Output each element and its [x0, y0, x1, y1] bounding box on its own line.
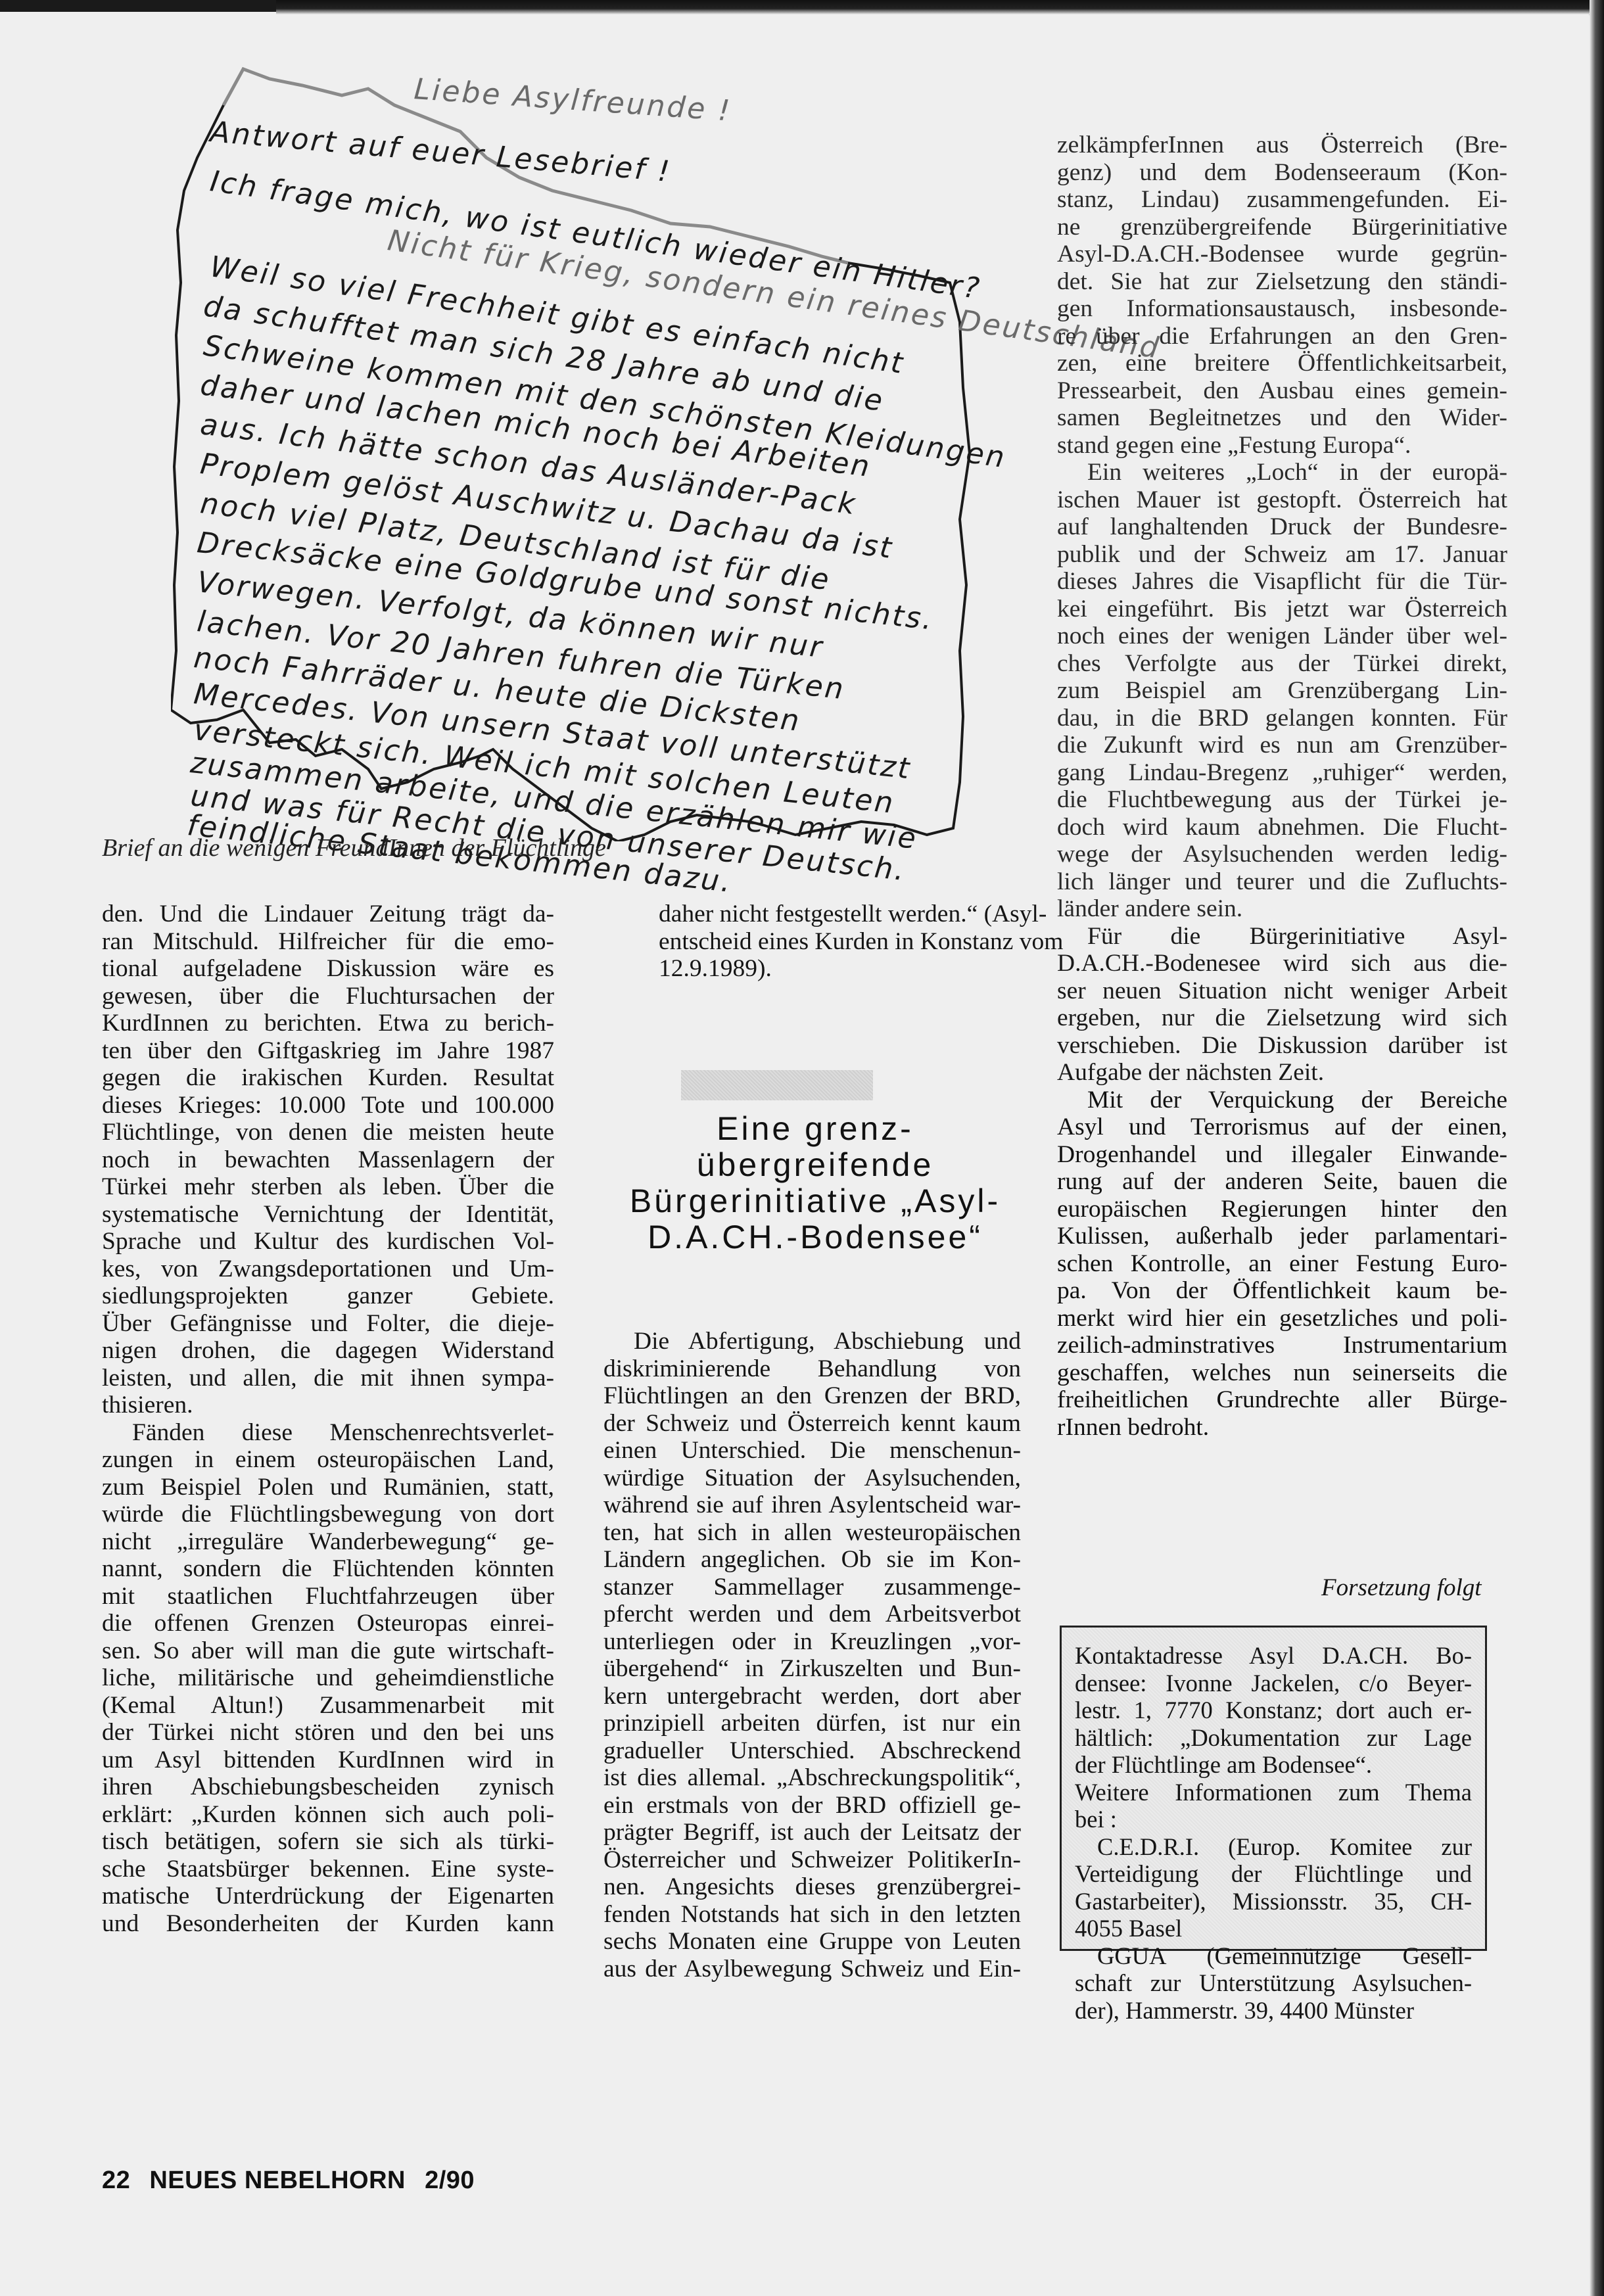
- text-line: würdige Situation der Asylsuchenden,: [603, 1464, 1021, 1492]
- letter-caption: Brief an die wenigen FreundInnen der Flü…: [102, 833, 606, 862]
- text-line: Sprache und Kultur des kurdischen Vol-: [102, 1228, 554, 1255]
- headline-line: D.A.CH.-Bodensee“: [578, 1219, 1052, 1255]
- article-column-left: den. Und die Lindauer Zeitung trägt da- …: [102, 901, 554, 1937]
- text-line: einen Unterschied. Die menschenun-: [603, 1437, 1021, 1464]
- headline-line: Eine grenz-: [578, 1111, 1052, 1147]
- contact-entry-line: Verteidigung der Flüchtlinge und: [1075, 1860, 1472, 1888]
- contact-entry-line: Gastarbeiter), Missionsstr. 35, CH-: [1075, 1888, 1472, 1915]
- paragraph: den. Und die Lindauer Zeitung trägt da- …: [102, 901, 554, 1419]
- text-line: schen Kontrolle, an einer Festung Euro-: [1057, 1250, 1507, 1278]
- text-line: dau, in die BRD gelangen konnten. Für: [1057, 705, 1507, 732]
- text-line: Flüchtlinge, von denen die meisten heute: [102, 1119, 554, 1146]
- paragraph: Ein weiteres „Loch“ in der europä- ische…: [1057, 459, 1507, 923]
- headline-line: übergreifende: [578, 1147, 1052, 1183]
- text-line: stanzer Sammellager zusammenge-: [603, 1574, 1021, 1601]
- paragraph: Fänden diese Menschenrechtsverlet- zunge…: [102, 1419, 554, 1938]
- text-line: Für die Bürgerinitiative Asyl-: [1057, 923, 1507, 950]
- text-line: (Kemal Altun!) Zusammenarbeit mit: [102, 1692, 554, 1720]
- text-line: Türkei mehr sterben als leben. Über die: [102, 1173, 554, 1201]
- text-line: Weitere Informationen zum Thema: [1075, 1779, 1472, 1806]
- text-line: noch in bewachten Massenlagern der: [102, 1146, 554, 1174]
- text-line: Asyl und Terrorismus auf der einen,: [1057, 1113, 1507, 1141]
- text-line: pa. Von der Öffentlichkeit kaum be-: [1057, 1277, 1507, 1305]
- section-headline: Eine grenz- übergreifende Bürgerinitiati…: [578, 1111, 1052, 1255]
- text-line: europäischen Regierungen hinter den: [1057, 1196, 1507, 1223]
- paragraph: zelkämpferInnen aus Österreich (Bre- gen…: [1057, 131, 1507, 459]
- text-line: ihren Abschiebungsbescheiden zynisch: [102, 1773, 554, 1801]
- text-line: nicht „irreguläre Wanderbewegung“ ge-: [102, 1528, 554, 1556]
- text-line: Fänden diese Menschenrechtsverlet-: [102, 1419, 554, 1447]
- text-line: kes, von Zwangsdeportationen und Um-: [102, 1255, 554, 1283]
- text-line: dieses Krieges: 10.000 Tote und 100.000: [102, 1092, 554, 1119]
- text-line: unterliegen oder in Kreuzlingen „vor-: [603, 1628, 1021, 1656]
- text-line: sen. So aber will man die gute wirtschaf…: [102, 1637, 554, 1665]
- text-line: während sie auf ihren Asylentscheid war-: [603, 1491, 1021, 1519]
- text-line: merkt wird hier ein gesetzliches und pol…: [1057, 1305, 1507, 1332]
- text-line: Asyl-D.A.CH.-Bodensee wurde gegrün-: [1057, 241, 1507, 268]
- text-line: um Asyl bittenden KurdInnen wird in: [102, 1746, 554, 1774]
- text-line: lestr. 1, 7770 Konstanz; dort auch er-: [1075, 1697, 1472, 1724]
- continuation-note: Forsetzung folgt: [1321, 1574, 1482, 1602]
- text-line: matische Unterdrückung der Eigenarten: [102, 1883, 554, 1910]
- text-line: ne grenzübergreifende Bürgerinitiative: [1057, 214, 1507, 241]
- text-line: länder andere sein.: [1057, 895, 1507, 923]
- text-line: re über die Erfahrungen an den Gren-: [1057, 323, 1507, 350]
- text-line: stand gegen eine „Festung Europa“.: [1057, 432, 1507, 459]
- text-line: mit staatlichen Fluchtfahrzeugen über: [102, 1583, 554, 1610]
- text-line: sche Staatsbürger bekennen. Eine syste-: [102, 1856, 554, 1883]
- text-line: ten, hat sich in allen westeuropäischen: [603, 1519, 1021, 1547]
- contact-entry-line: der), Hammerstr. 39, 4400 Münster: [1075, 1997, 1472, 2025]
- text-line: diskriminierende Behandlung von: [603, 1355, 1021, 1383]
- text-line: fenden Notstands hat sich in den letzten: [603, 1901, 1021, 1929]
- text-line: kei eingeführt. Bis jetzt war Österreich: [1057, 596, 1507, 623]
- headline-line: Bürgerinitiative „Asyl-: [578, 1183, 1052, 1219]
- text-line: der Schweiz und Österreich kennt kaum: [603, 1410, 1021, 1438]
- text-line: daher nicht festgestellt werden.“ (Asyl-: [659, 901, 1020, 928]
- text-line: dieses Jahres die Visapflicht für die Tü…: [1057, 568, 1507, 596]
- text-line: aus der Asylbewegung Schweiz und Ein-: [603, 1956, 1021, 1983]
- text-line: Mit der Verquickung der Bereiche: [1057, 1087, 1507, 1114]
- contact-entry-line: 4055 Basel: [1075, 1915, 1472, 1942]
- text-line: verschieben. Die Diskussion darüber ist: [1057, 1032, 1507, 1060]
- scan-right-edge: [1590, 0, 1604, 2296]
- text-line: kern untergebracht werden, dort aber: [603, 1683, 1021, 1710]
- contact-entry-line: GGUA (Gemeinnützige Gesell-: [1075, 1942, 1472, 1970]
- text-line: wege der Asylsuchenden werden ledig-: [1057, 841, 1507, 868]
- text-line: ran Mitschuld. Hilfreicher für die emo-: [102, 928, 554, 956]
- text-line: Österreicher und Schweizer PolitikerIn-: [603, 1846, 1021, 1874]
- text-line: nigen drohen, die dagegen Widerstand: [102, 1337, 554, 1365]
- text-line: densee: Ivonne Jackelen, c/o Beyer-: [1075, 1670, 1472, 1697]
- page-footer: 22 NEUES NEBELHORN 2/90: [102, 2167, 486, 2195]
- text-line: publik und der Schweiz am 17. Januar: [1057, 541, 1507, 569]
- text-line: thisieren.: [102, 1392, 554, 1419]
- text-line: Über Gefängnisse und Folter, die dieje-: [102, 1310, 554, 1338]
- text-line: ten über den Giftgaskrieg im Jahre 1987: [102, 1037, 554, 1065]
- text-line: Kulissen, außerhalb jeder parlamentari-: [1057, 1223, 1507, 1250]
- text-line: zelkämpferInnen aus Österreich (Bre-: [1057, 131, 1507, 159]
- paragraph: Mit der Verquickung der Bereiche Asyl un…: [1057, 1087, 1507, 1441]
- text-line: würde die Flüchtlingsbewegung von dort: [102, 1501, 554, 1528]
- text-line: zum Beispiel Polen und Rumänien, statt,: [102, 1474, 554, 1501]
- text-line: Ländern angeglichen. Ob sie im Kon-: [603, 1546, 1021, 1574]
- text-line: zen, eine breitere Öffentlichkeitsarbeit…: [1057, 350, 1507, 377]
- text-line: Kontaktadresse Asyl D.A.CH. Bo-: [1075, 1642, 1472, 1670]
- text-line: KurdInnen zu berichten. Etwa zu berich-: [102, 1010, 554, 1037]
- text-line: bei :: [1075, 1806, 1472, 1833]
- text-line: ser neuen Situation nicht weniger Arbeit: [1057, 977, 1507, 1005]
- text-line: zeilich-adminstratives Instrumentarium: [1057, 1332, 1507, 1359]
- text-line: liche, militärische und geheimdienstlich…: [102, 1664, 554, 1692]
- article-column-right: zelkämpferInnen aus Österreich (Bre- gen…: [1057, 131, 1507, 1441]
- text-line: samen Begleitnetzes und den Wider-: [1057, 404, 1507, 432]
- text-line: Pressearbeit, den Ausbau eines gemein-: [1057, 377, 1507, 405]
- text-line: leisten, und allen, die mit ihnen sympa-: [102, 1365, 554, 1392]
- text-line: siedlungsprojekten ganzer Gebiete.: [102, 1282, 554, 1310]
- text-line: sechs Monaten eine Gruppe von Leuten: [603, 1928, 1021, 1956]
- text-line: 12.9.1989).: [659, 955, 1020, 983]
- text-line: genz) und dem Bodenseeraum (Kon-: [1057, 159, 1507, 187]
- paragraph: Für die Bürgerinitiative Asyl- D.A.CH.-B…: [1057, 923, 1507, 1087]
- text-line: gang Lindau-Bregenz „ruhiger“ werden,: [1057, 759, 1507, 787]
- text-line: gegen die irakischen Kurden. Resultat: [102, 1064, 554, 1092]
- text-line: noch eines der wenigen Länder über wel-: [1057, 622, 1507, 650]
- text-line: rung auf der anderen Seite, bauen die: [1057, 1168, 1507, 1196]
- text-line: ergeben, nur die Zielsetzung wird sich: [1057, 1004, 1507, 1032]
- text-line: Ein weiteres „Loch“ in der europä-: [1057, 459, 1507, 486]
- text-line: tisch betätigen, sofern sie sich als tür…: [102, 1828, 554, 1856]
- text-line: entscheid eines Kurden in Konstanz vom: [659, 928, 1020, 956]
- text-line: gen Informationsaustausch, insbesonde-: [1057, 295, 1507, 323]
- text-line: prinzipiell arbeiten dürfen, ist nur ein: [603, 1710, 1021, 1737]
- text-line: ischen Mauer ist gestopft. Österreich ha…: [1057, 486, 1507, 514]
- text-line: Aufgabe der nächsten Zeit.: [1057, 1059, 1507, 1087]
- text-line: lich länger und teurer und die Zufluchts…: [1057, 868, 1507, 896]
- headline-tint-bar: [681, 1070, 873, 1100]
- text-line: freiheitlichen Grundrechte aller Bürge-: [1057, 1386, 1507, 1414]
- text-line: prägter Begriff, ist auch der Leitsatz d…: [603, 1819, 1021, 1846]
- text-line: ches Verfolgte aus der Türkei direkt,: [1057, 650, 1507, 678]
- text-line: tional aufgeladene Diskussion wäre es: [102, 955, 554, 983]
- text-line: nen. Angesichts dieses grenzübergrei-: [603, 1873, 1021, 1901]
- issue-number: 2/90: [425, 2167, 475, 2194]
- text-line: ist dies allemal. „Abschreckungspolitik“…: [603, 1764, 1021, 1792]
- text-line: D.A.CH.-Bodenesee wird sich aus die-: [1057, 950, 1507, 977]
- text-line: Drogenhandel und illegaler Einwande-: [1057, 1141, 1507, 1169]
- scan-top-edge: [276, 0, 1604, 14]
- text-line: det. Sie hat zur Zielsetzung den ständi-: [1057, 268, 1507, 296]
- handwritten-letter: Liebe Asylfreunde ! Antwort auf euer Les…: [171, 59, 979, 841]
- article-column-middle-top: daher nicht festgestellt werden.“ (Asyl-…: [659, 901, 1020, 983]
- text-line: doch wird kaum abnehmen. Die Flucht-: [1057, 814, 1507, 841]
- text-line: gradueller Unterschied. Abschreckend: [603, 1737, 1021, 1765]
- text-line: zungen in einem osteuropäischen Land,: [102, 1446, 554, 1474]
- text-line: der Flüchtlinge am Bodensee“.: [1075, 1751, 1472, 1779]
- text-line: zum Beispiel am Grenzübergang Lin-: [1057, 677, 1507, 705]
- text-line: hältlich: „Dokumentation zur Lage: [1075, 1724, 1472, 1752]
- publication-name: NEUES NEBELHORN: [149, 2167, 406, 2194]
- contact-info-box: Kontaktadresse Asyl D.A.CH. Bo- densee: …: [1060, 1626, 1487, 1951]
- text-line: stanz, Lindau) zusammengefunden. Ei-: [1057, 186, 1507, 214]
- article-column-middle: Die Abfertigung, Abschiebung und diskrim…: [603, 1328, 1021, 1982]
- text-line: die Zukunft wird es nun am Grenzüber-: [1057, 732, 1507, 759]
- text-line: rInnen bedroht.: [1057, 1414, 1507, 1441]
- text-line: und Besonderheiten der Kurden kann: [102, 1910, 554, 1938]
- text-line: übergehend“ in Zirkuszelten und Bun-: [603, 1655, 1021, 1683]
- text-line: die Fluchtbewegung aus der Türkei je-: [1057, 786, 1507, 814]
- text-line: die offenen Grenzen Osteuropas einrei-: [102, 1610, 554, 1637]
- text-line: systematische Vernichtung der Identität,: [102, 1201, 554, 1229]
- text-line: pfercht werden und dem Arbeitsverbot: [603, 1601, 1021, 1628]
- text-line: gewesen, über die Fluchtursachen der: [102, 983, 554, 1010]
- text-line: geschaffen, welches nun seinerseits die: [1057, 1359, 1507, 1387]
- text-line: den. Und die Lindauer Zeitung trägt da-: [102, 901, 554, 928]
- contact-entry-line: C.E.D.R.I. (Europ. Komitee zur: [1075, 1833, 1472, 1861]
- text-line: Flüchtlingen an den Grenzen der BRD,: [603, 1382, 1021, 1410]
- text-line: Die Abfertigung, Abschiebung und: [603, 1328, 1021, 1355]
- text-line: erklärt: „Kurden können sich auch poli-: [102, 1801, 554, 1829]
- text-line: auf langhaltenden Druck der Bundesre-: [1057, 513, 1507, 541]
- text-line: nannt, sondern die Flüchtenden könnten: [102, 1555, 554, 1583]
- contact-entry-line: schaft zur Unterstützung Asylsuchen-: [1075, 1969, 1472, 1997]
- page-number: 22: [102, 2167, 130, 2194]
- text-line: der Türkei nicht stören und den bei uns: [102, 1719, 554, 1746]
- text-line: ein erstmals von der BRD offiziell ge-: [603, 1792, 1021, 1819]
